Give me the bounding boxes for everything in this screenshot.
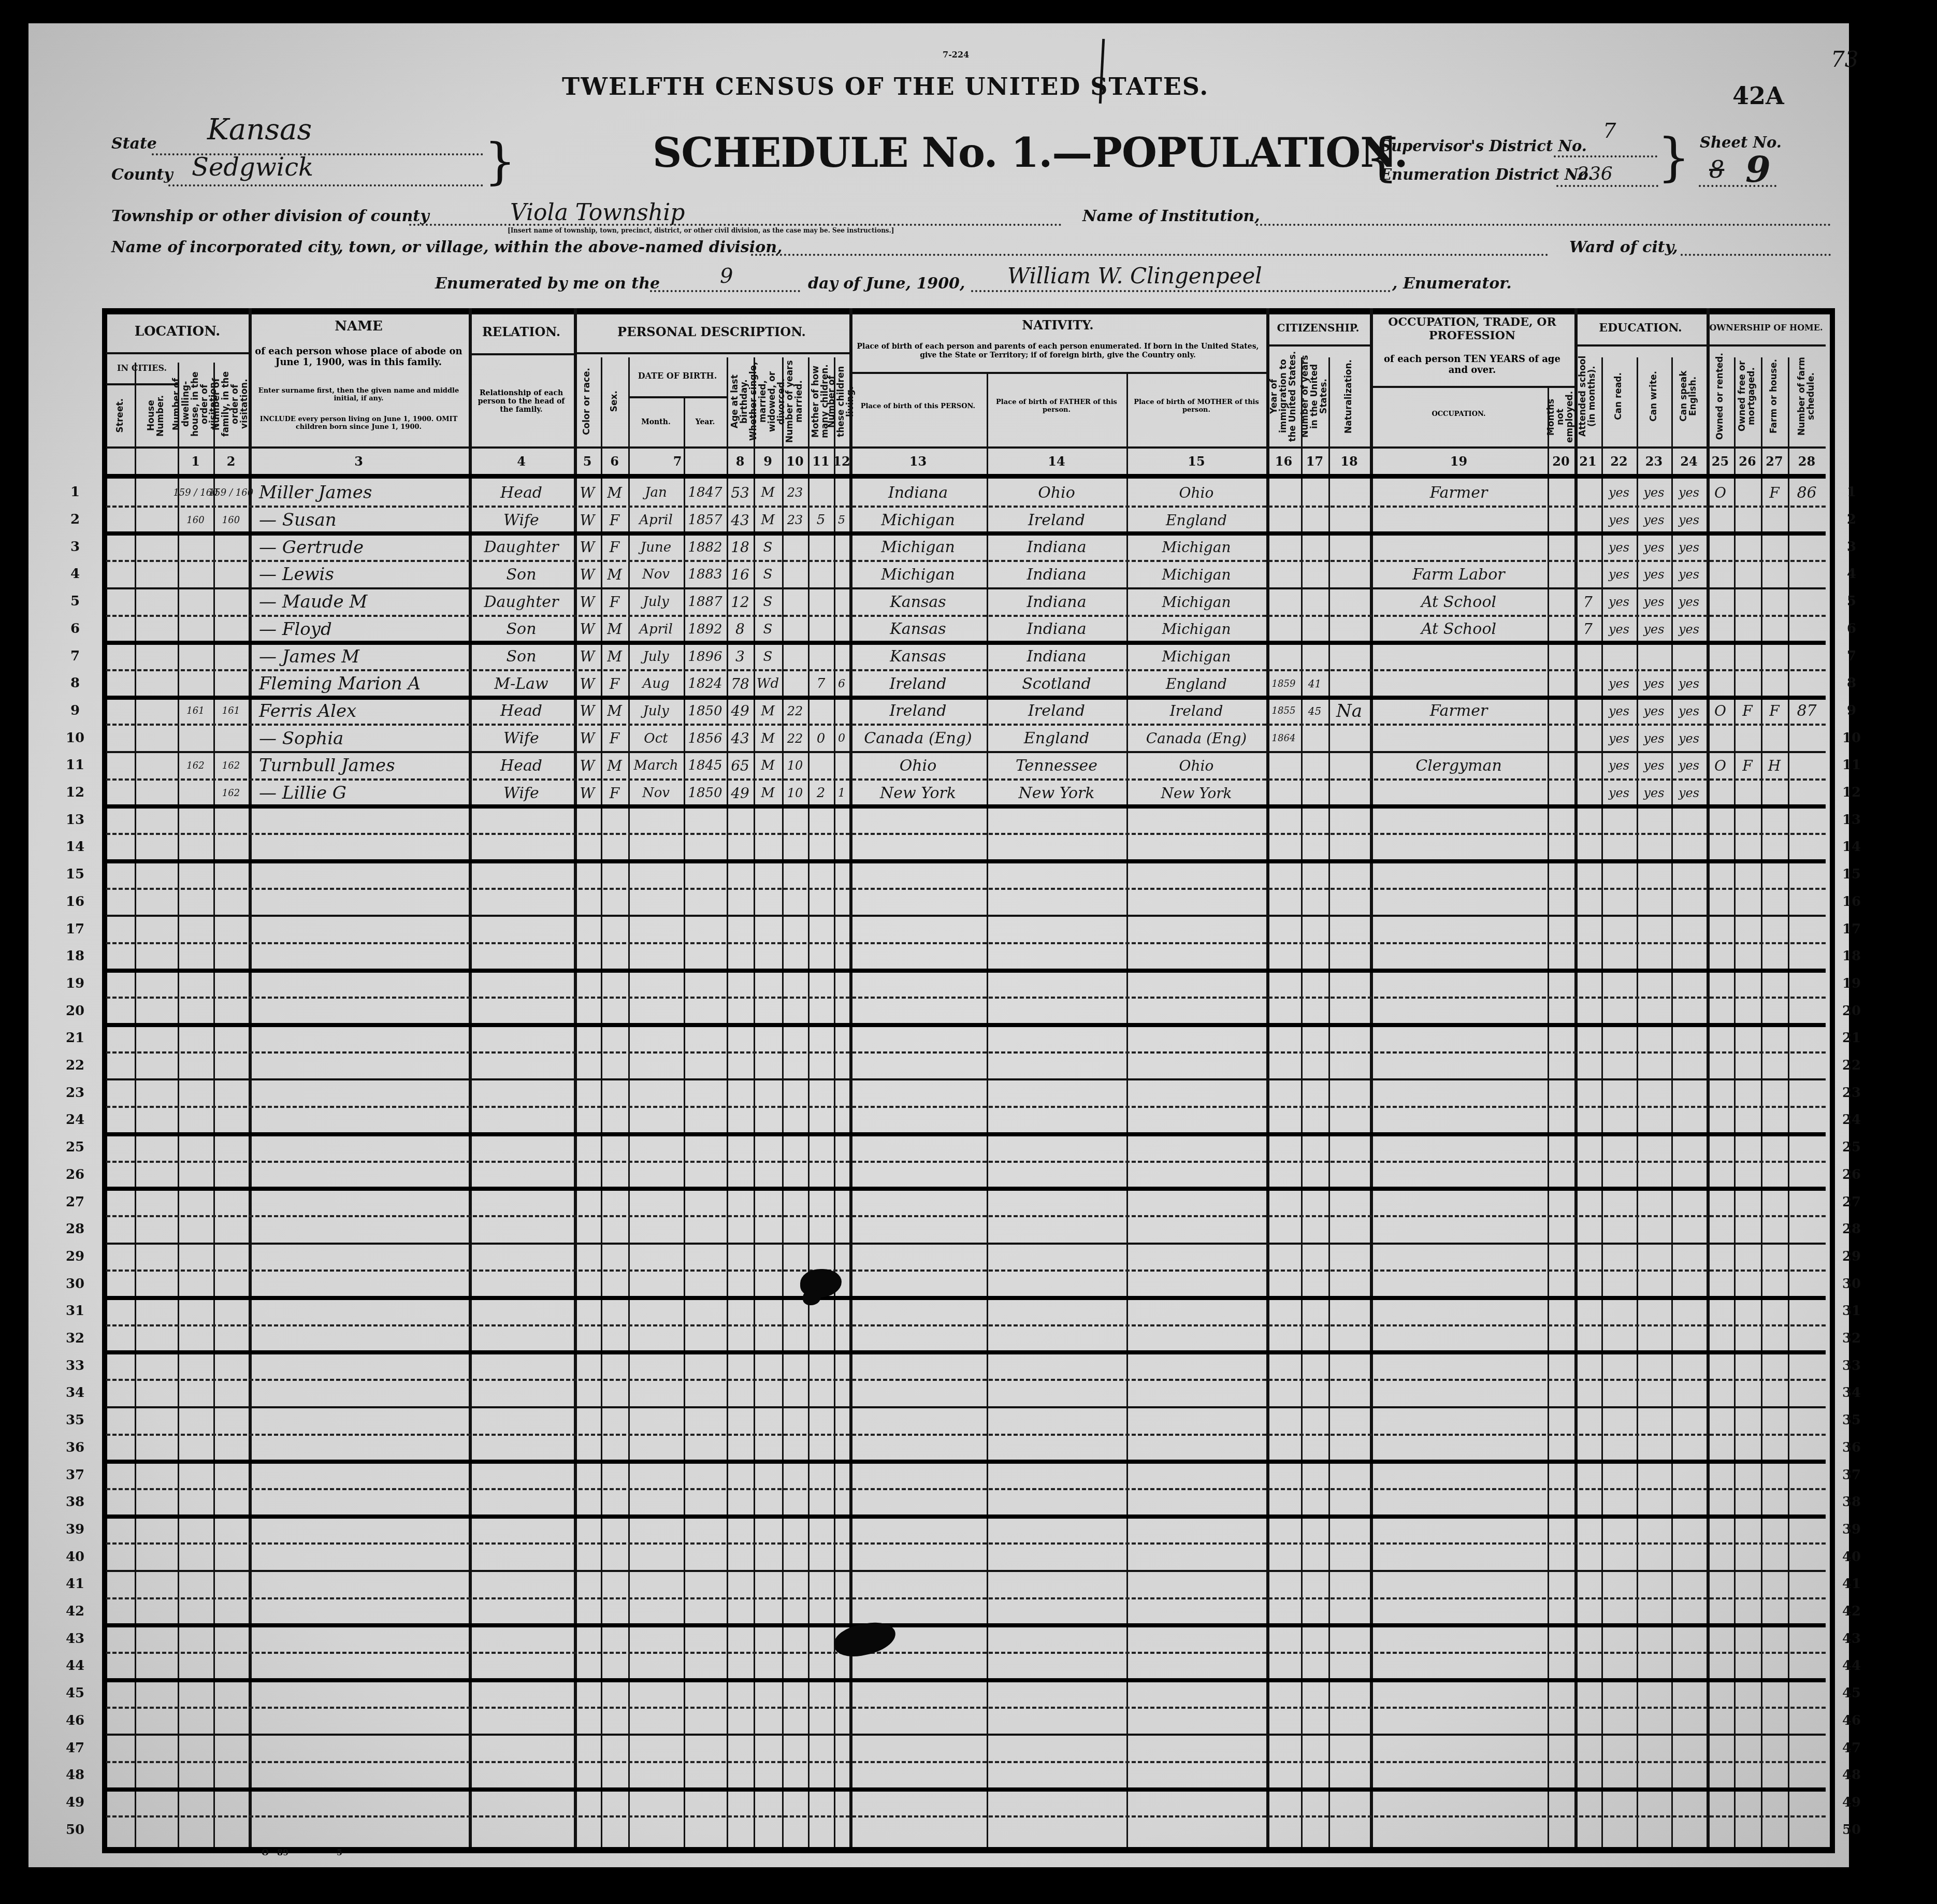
cell-years-us[interactable] xyxy=(1301,752,1328,780)
cell-sex[interactable]: F xyxy=(601,507,628,534)
cell-dwelling[interactable]: 160 xyxy=(178,507,213,534)
cell-occupation[interactable]: Farmer xyxy=(1370,479,1548,507)
cell-farm-schedule[interactable] xyxy=(1788,670,1826,698)
cell-dwelling[interactable]: 159 / 160 xyxy=(178,479,213,507)
cell-color[interactable]: W xyxy=(574,479,601,507)
cell-write[interactable]: yes xyxy=(1637,670,1671,698)
cell-birth-father[interactable]: Tennessee xyxy=(987,752,1126,780)
cell-english[interactable]: yes xyxy=(1671,752,1707,780)
cell-english[interactable]: yes xyxy=(1671,588,1707,616)
cell-years-married[interactable]: 23 xyxy=(782,507,808,534)
cell-year[interactable]: 1896 xyxy=(684,643,727,670)
cell-month[interactable]: Oct xyxy=(628,725,684,752)
cell-dwelling[interactable] xyxy=(178,643,213,670)
cell-year[interactable]: 1847 xyxy=(684,479,727,507)
sheet-value[interactable]: 9 xyxy=(1745,148,1771,191)
cell-years-us[interactable] xyxy=(1301,588,1328,616)
cell-marital[interactable]: M xyxy=(754,698,782,725)
cell-read[interactable]: yes xyxy=(1601,698,1637,725)
cell-naturalization[interactable] xyxy=(1328,780,1370,807)
cell-write[interactable]: yes xyxy=(1637,616,1671,643)
cell-years-us[interactable] xyxy=(1301,780,1328,807)
cell-sex[interactable]: M xyxy=(601,698,628,725)
cell-farm-schedule[interactable] xyxy=(1788,588,1826,616)
cell-sex[interactable]: F xyxy=(601,725,628,752)
cell-children-living[interactable] xyxy=(834,533,849,561)
cell-color[interactable]: W xyxy=(574,588,601,616)
cell-month[interactable]: April xyxy=(628,507,684,534)
cell-immigration[interactable] xyxy=(1266,780,1301,807)
cell-occupation[interactable] xyxy=(1370,725,1548,752)
cell-birth-mother[interactable]: Michigan xyxy=(1126,588,1266,616)
cell-relation[interactable]: Wife xyxy=(469,725,574,752)
cell-marital[interactable]: M xyxy=(754,725,782,752)
cell-months-unemployed[interactable] xyxy=(1548,561,1574,588)
cell-owned[interactable]: O xyxy=(1707,752,1734,780)
cell-occupation[interactable]: At School xyxy=(1370,616,1548,643)
cell-farm-schedule[interactable]: 87 xyxy=(1788,698,1826,725)
cell-immigration[interactable] xyxy=(1266,616,1301,643)
cell-dwelling[interactable] xyxy=(178,588,213,616)
cell-years-married[interactable]: 23 xyxy=(782,479,808,507)
cell-naturalization[interactable] xyxy=(1328,670,1370,698)
cell-read[interactable]: yes xyxy=(1601,725,1637,752)
cell-year[interactable]: 1857 xyxy=(684,507,727,534)
cell-school[interactable] xyxy=(1574,533,1601,561)
cell-read[interactable]: yes xyxy=(1601,533,1637,561)
cell-write[interactable] xyxy=(1637,643,1671,670)
cell-years-us[interactable] xyxy=(1301,479,1328,507)
cell-marital[interactable]: M xyxy=(754,479,782,507)
cell-owned[interactable]: O xyxy=(1707,698,1734,725)
cell-occupation[interactable]: Clergyman xyxy=(1370,752,1548,780)
cell-school[interactable] xyxy=(1574,670,1601,698)
cell-sex[interactable]: F xyxy=(601,670,628,698)
cell-birth-father[interactable]: Indiana xyxy=(987,533,1126,561)
cell-free[interactable] xyxy=(1734,479,1761,507)
cell-owned[interactable] xyxy=(1707,725,1734,752)
cell-occupation[interactable] xyxy=(1370,780,1548,807)
cell-read[interactable]: yes xyxy=(1601,670,1637,698)
cell-years-us[interactable] xyxy=(1301,533,1328,561)
cell-write[interactable]: yes xyxy=(1637,588,1671,616)
cell-farm-schedule[interactable] xyxy=(1788,561,1826,588)
cell-years-us[interactable]: 45 xyxy=(1301,698,1328,725)
cell-immigration[interactable] xyxy=(1266,561,1301,588)
cell-immigration[interactable] xyxy=(1266,479,1301,507)
cell-immigration[interactable]: 1859 xyxy=(1266,670,1301,698)
cell-sex[interactable]: F xyxy=(601,780,628,807)
cell-naturalization[interactable] xyxy=(1328,507,1370,534)
cell-birth-person[interactable]: Michigan xyxy=(849,507,987,534)
cell-family[interactable] xyxy=(213,588,249,616)
cell-month[interactable]: Aug xyxy=(628,670,684,698)
cell-school[interactable] xyxy=(1574,780,1601,807)
cell-farm-schedule[interactable] xyxy=(1788,616,1826,643)
cell-english[interactable]: yes xyxy=(1671,561,1707,588)
cell-children-living[interactable]: 0 xyxy=(834,725,849,752)
cell-family[interactable]: 162 xyxy=(213,752,249,780)
cell-dwelling[interactable] xyxy=(178,670,213,698)
cell-children-living[interactable]: 1 xyxy=(834,780,849,807)
cell-write[interactable]: yes xyxy=(1637,561,1671,588)
cell-free[interactable] xyxy=(1734,561,1761,588)
cell-farm-schedule[interactable] xyxy=(1788,643,1826,670)
cell-birth-person[interactable]: Ireland xyxy=(849,670,987,698)
cell-school[interactable]: 7 xyxy=(1574,616,1601,643)
cell-age[interactable]: 18 xyxy=(727,533,754,561)
enumerator-name[interactable]: William W. Clingenpeel xyxy=(1007,263,1262,289)
cell-years-married[interactable] xyxy=(782,616,808,643)
cell-years-us[interactable] xyxy=(1301,507,1328,534)
cell-year[interactable]: 1824 xyxy=(684,670,727,698)
cell-mother-of[interactable] xyxy=(808,752,834,780)
cell-birth-father[interactable]: Ireland xyxy=(987,507,1126,534)
cell-birth-person[interactable]: Ohio xyxy=(849,752,987,780)
cell-mother-of[interactable]: 5 xyxy=(808,507,834,534)
cell-birth-mother[interactable]: Michigan xyxy=(1126,561,1266,588)
cell-birth-person[interactable]: Kansas xyxy=(849,616,987,643)
cell-months-unemployed[interactable] xyxy=(1548,588,1574,616)
cell-years-married[interactable] xyxy=(782,643,808,670)
cell-immigration[interactable] xyxy=(1266,588,1301,616)
cell-naturalization[interactable] xyxy=(1328,561,1370,588)
cell-dwelling[interactable] xyxy=(178,533,213,561)
cell-farm-schedule[interactable] xyxy=(1788,533,1826,561)
cell-birth-mother[interactable]: Michigan xyxy=(1126,643,1266,670)
cell-color[interactable]: W xyxy=(574,561,601,588)
cell-family[interactable]: 160 xyxy=(213,507,249,534)
cell-age[interactable]: 12 xyxy=(727,588,754,616)
cell-age[interactable]: 16 xyxy=(727,561,754,588)
cell-free[interactable]: F xyxy=(1734,698,1761,725)
cell-dwelling[interactable] xyxy=(178,725,213,752)
cell-age[interactable]: 78 xyxy=(727,670,754,698)
cell-years-married[interactable]: 10 xyxy=(782,780,808,807)
cell-relation[interactable]: Head xyxy=(469,752,574,780)
cell-family[interactable] xyxy=(213,725,249,752)
cell-marital[interactable]: S xyxy=(754,616,782,643)
cell-english[interactable]: yes xyxy=(1671,616,1707,643)
cell-months-unemployed[interactable] xyxy=(1548,643,1574,670)
cell-occupation[interactable]: Farm Labor xyxy=(1370,561,1548,588)
cell-family[interactable]: 159 / 160 xyxy=(213,479,249,507)
cell-birth-mother[interactable]: England xyxy=(1126,507,1266,534)
cell-english[interactable]: yes xyxy=(1671,533,1707,561)
cell-dwelling[interactable] xyxy=(178,616,213,643)
cell-months-unemployed[interactable] xyxy=(1548,533,1574,561)
cell-birth-person[interactable]: Kansas xyxy=(849,588,987,616)
cell-birth-mother[interactable]: New York xyxy=(1126,780,1266,807)
cell-english[interactable]: yes xyxy=(1671,479,1707,507)
cell-years-us[interactable] xyxy=(1301,643,1328,670)
cell-birth-mother[interactable]: England xyxy=(1126,670,1266,698)
cell-months-unemployed[interactable] xyxy=(1548,752,1574,780)
cell-month[interactable]: July xyxy=(628,698,684,725)
cell-naturalization[interactable] xyxy=(1328,752,1370,780)
cell-years-married[interactable]: 10 xyxy=(782,752,808,780)
cell-naturalization[interactable] xyxy=(1328,616,1370,643)
cell-name[interactable]: — James M xyxy=(249,643,469,670)
cell-birth-father[interactable]: Indiana xyxy=(987,561,1126,588)
cell-write[interactable]: yes xyxy=(1637,780,1671,807)
cell-sex[interactable]: M xyxy=(601,616,628,643)
cell-relation[interactable]: Son xyxy=(469,616,574,643)
cell-color[interactable]: W xyxy=(574,752,601,780)
cell-relation[interactable]: Head xyxy=(469,479,574,507)
cell-owned[interactable] xyxy=(1707,780,1734,807)
cell-birth-father[interactable]: Ireland xyxy=(987,698,1126,725)
cell-name[interactable]: Miller James xyxy=(249,479,469,507)
cell-name[interactable]: — Floyd xyxy=(249,616,469,643)
cell-month[interactable]: Nov xyxy=(628,780,684,807)
cell-read[interactable]: yes xyxy=(1601,588,1637,616)
cell-birth-person[interactable]: Michigan xyxy=(849,533,987,561)
cell-write[interactable]: yes xyxy=(1637,698,1671,725)
cell-sex[interactable]: F xyxy=(601,533,628,561)
cell-school[interactable] xyxy=(1574,725,1601,752)
cell-birth-father[interactable]: Scotland xyxy=(987,670,1126,698)
cell-birth-person[interactable]: New York xyxy=(849,780,987,807)
cell-months-unemployed[interactable] xyxy=(1548,780,1574,807)
cell-year[interactable]: 1892 xyxy=(684,616,727,643)
cell-birth-person[interactable]: Kansas xyxy=(849,643,987,670)
cell-children-living[interactable]: 5 xyxy=(834,507,849,534)
cell-marital[interactable]: M xyxy=(754,780,782,807)
cell-sex[interactable]: M xyxy=(601,643,628,670)
cell-name[interactable]: Fleming Marion A xyxy=(249,670,469,698)
cell-family[interactable] xyxy=(213,670,249,698)
enumerated-day[interactable]: 9 xyxy=(720,264,733,288)
cell-month[interactable]: Nov xyxy=(628,561,684,588)
cell-birth-father[interactable]: England xyxy=(987,725,1126,752)
cell-farm[interactable] xyxy=(1761,588,1788,616)
cell-months-unemployed[interactable] xyxy=(1548,616,1574,643)
cell-naturalization[interactable] xyxy=(1328,643,1370,670)
cell-months-unemployed[interactable] xyxy=(1548,725,1574,752)
cell-school[interactable] xyxy=(1574,561,1601,588)
cell-sex[interactable]: M xyxy=(601,561,628,588)
cell-name[interactable]: — Sophia xyxy=(249,725,469,752)
cell-family[interactable] xyxy=(213,643,249,670)
cell-month[interactable]: Jan xyxy=(628,479,684,507)
cell-free[interactable] xyxy=(1734,507,1761,534)
cell-years-us[interactable] xyxy=(1301,561,1328,588)
cell-relation[interactable]: Head xyxy=(469,698,574,725)
cell-name[interactable]: — Lewis xyxy=(249,561,469,588)
cell-mother-of[interactable] xyxy=(808,698,834,725)
cell-occupation[interactable] xyxy=(1370,643,1548,670)
cell-naturalization[interactable]: Na xyxy=(1328,698,1370,725)
cell-school[interactable] xyxy=(1574,507,1601,534)
cell-birth-mother[interactable]: Michigan xyxy=(1126,533,1266,561)
cell-year[interactable]: 1850 xyxy=(684,698,727,725)
cell-age[interactable]: 3 xyxy=(727,643,754,670)
cell-month[interactable]: June xyxy=(628,533,684,561)
cell-mother-of[interactable]: 7 xyxy=(808,670,834,698)
cell-marital[interactable]: M xyxy=(754,752,782,780)
cell-birth-person[interactable]: Michigan xyxy=(849,561,987,588)
cell-birth-mother[interactable]: Ireland xyxy=(1126,698,1266,725)
cell-color[interactable]: W xyxy=(574,616,601,643)
cell-relation[interactable]: Son xyxy=(469,561,574,588)
cell-name[interactable]: — Susan xyxy=(249,507,469,534)
cell-years-us[interactable] xyxy=(1301,616,1328,643)
cell-age[interactable]: 53 xyxy=(727,479,754,507)
cell-birth-father[interactable]: Indiana xyxy=(987,643,1126,670)
cell-mother-of[interactable]: 2 xyxy=(808,780,834,807)
cell-children-living[interactable] xyxy=(834,561,849,588)
cell-marital[interactable]: Wd xyxy=(754,670,782,698)
cell-free[interactable] xyxy=(1734,780,1761,807)
cell-color[interactable]: W xyxy=(574,533,601,561)
cell-naturalization[interactable] xyxy=(1328,533,1370,561)
cell-color[interactable]: W xyxy=(574,780,601,807)
cell-family[interactable] xyxy=(213,561,249,588)
cell-sex[interactable]: M xyxy=(601,479,628,507)
cell-birth-mother[interactable]: Ohio xyxy=(1126,752,1266,780)
cell-farm-schedule[interactable]: 86 xyxy=(1788,479,1826,507)
cell-children-living[interactable] xyxy=(834,616,849,643)
cell-immigration[interactable] xyxy=(1266,533,1301,561)
cell-age[interactable]: 49 xyxy=(727,698,754,725)
county-value[interactable]: Sedgwick xyxy=(192,153,313,182)
cell-immigration[interactable] xyxy=(1266,752,1301,780)
cell-mother-of[interactable]: 0 xyxy=(808,725,834,752)
cell-birth-person[interactable]: Ireland xyxy=(849,698,987,725)
cell-marital[interactable]: S xyxy=(754,588,782,616)
cell-birth-father[interactable]: Indiana xyxy=(987,616,1126,643)
cell-english[interactable] xyxy=(1671,643,1707,670)
cell-age[interactable]: 65 xyxy=(727,752,754,780)
township-value[interactable]: Viola Township xyxy=(510,199,685,226)
cell-family[interactable]: 162 xyxy=(213,780,249,807)
cell-owned[interactable] xyxy=(1707,561,1734,588)
cell-family[interactable] xyxy=(213,616,249,643)
cell-years-married[interactable] xyxy=(782,588,808,616)
cell-year[interactable]: 1882 xyxy=(684,533,727,561)
cell-naturalization[interactable] xyxy=(1328,588,1370,616)
cell-birth-father[interactable]: Ohio xyxy=(987,479,1126,507)
cell-age[interactable]: 43 xyxy=(727,507,754,534)
cell-age[interactable]: 49 xyxy=(727,780,754,807)
cell-immigration[interactable] xyxy=(1266,643,1301,670)
cell-farm[interactable] xyxy=(1761,507,1788,534)
cell-name[interactable]: Ferris Alex xyxy=(249,698,469,725)
cell-owned[interactable]: O xyxy=(1707,479,1734,507)
cell-english[interactable]: yes xyxy=(1671,507,1707,534)
cell-month[interactable]: July xyxy=(628,588,684,616)
cell-immigration[interactable] xyxy=(1266,507,1301,534)
cell-english[interactable]: yes xyxy=(1671,725,1707,752)
cell-owned[interactable] xyxy=(1707,507,1734,534)
cell-children-living[interactable] xyxy=(834,752,849,780)
cell-mother-of[interactable] xyxy=(808,616,834,643)
cell-birth-mother[interactable]: Canada (Eng) xyxy=(1126,725,1266,752)
cell-school[interactable] xyxy=(1574,752,1601,780)
cell-farm[interactable] xyxy=(1761,670,1788,698)
cell-year[interactable]: 1850 xyxy=(684,780,727,807)
cell-birth-person[interactable]: Canada (Eng) xyxy=(849,725,987,752)
cell-birth-person[interactable]: Indiana xyxy=(849,479,987,507)
cell-family[interactable] xyxy=(213,533,249,561)
cell-sex[interactable]: M xyxy=(601,752,628,780)
cell-read[interactable] xyxy=(1601,643,1637,670)
cell-marital[interactable]: M xyxy=(754,507,782,534)
cell-relation[interactable]: Daughter xyxy=(469,588,574,616)
cell-naturalization[interactable] xyxy=(1328,725,1370,752)
cell-school[interactable] xyxy=(1574,698,1601,725)
cell-farm[interactable] xyxy=(1761,561,1788,588)
cell-free[interactable] xyxy=(1734,643,1761,670)
cell-dwelling[interactable]: 162 xyxy=(178,752,213,780)
cell-occupation[interactable] xyxy=(1370,507,1548,534)
cell-color[interactable]: W xyxy=(574,507,601,534)
cell-farm[interactable] xyxy=(1761,616,1788,643)
cell-relation[interactable]: Wife xyxy=(469,780,574,807)
cell-owned[interactable] xyxy=(1707,643,1734,670)
cell-school[interactable] xyxy=(1574,643,1601,670)
cell-months-unemployed[interactable] xyxy=(1548,670,1574,698)
cell-write[interactable]: yes xyxy=(1637,479,1671,507)
cell-farm[interactable]: F xyxy=(1761,479,1788,507)
cell-children-living[interactable] xyxy=(834,479,849,507)
cell-occupation[interactable] xyxy=(1370,533,1548,561)
cell-free[interactable] xyxy=(1734,533,1761,561)
cell-mother-of[interactable] xyxy=(808,479,834,507)
cell-mother-of[interactable] xyxy=(808,561,834,588)
cell-write[interactable]: yes xyxy=(1637,533,1671,561)
cell-year[interactable]: 1856 xyxy=(684,725,727,752)
cell-month[interactable]: July xyxy=(628,643,684,670)
cell-free[interactable] xyxy=(1734,588,1761,616)
cell-free[interactable] xyxy=(1734,616,1761,643)
cell-marital[interactable]: S xyxy=(754,643,782,670)
cell-free[interactable] xyxy=(1734,725,1761,752)
cell-farm[interactable] xyxy=(1761,643,1788,670)
cell-color[interactable]: W xyxy=(574,643,601,670)
cell-color[interactable]: W xyxy=(574,670,601,698)
cell-read[interactable]: yes xyxy=(1601,780,1637,807)
cell-age[interactable]: 8 xyxy=(727,616,754,643)
cell-write[interactable]: yes xyxy=(1637,507,1671,534)
cell-birth-mother[interactable]: Michigan xyxy=(1126,616,1266,643)
cell-month[interactable]: April xyxy=(628,616,684,643)
cell-read[interactable]: yes xyxy=(1601,752,1637,780)
cell-color[interactable]: W xyxy=(574,725,601,752)
cell-occupation[interactable]: At School xyxy=(1370,588,1548,616)
cell-write[interactable]: yes xyxy=(1637,752,1671,780)
cell-owned[interactable] xyxy=(1707,588,1734,616)
cell-sex[interactable]: F xyxy=(601,588,628,616)
cell-children-living[interactable] xyxy=(834,698,849,725)
cell-months-unemployed[interactable] xyxy=(1548,698,1574,725)
cell-years-married[interactable] xyxy=(782,533,808,561)
cell-farm[interactable] xyxy=(1761,533,1788,561)
cell-month[interactable]: March xyxy=(628,752,684,780)
cell-year[interactable]: 1887 xyxy=(684,588,727,616)
cell-year[interactable]: 1883 xyxy=(684,561,727,588)
cell-naturalization[interactable] xyxy=(1328,479,1370,507)
cell-years-us[interactable] xyxy=(1301,725,1328,752)
cell-birth-mother[interactable]: Ohio xyxy=(1126,479,1266,507)
cell-children-living[interactable] xyxy=(834,643,849,670)
cell-farm[interactable] xyxy=(1761,780,1788,807)
cell-mother-of[interactable] xyxy=(808,588,834,616)
cell-occupation[interactable]: Farmer xyxy=(1370,698,1548,725)
cell-name[interactable]: Turnbull James xyxy=(249,752,469,780)
cell-months-unemployed[interactable] xyxy=(1548,507,1574,534)
